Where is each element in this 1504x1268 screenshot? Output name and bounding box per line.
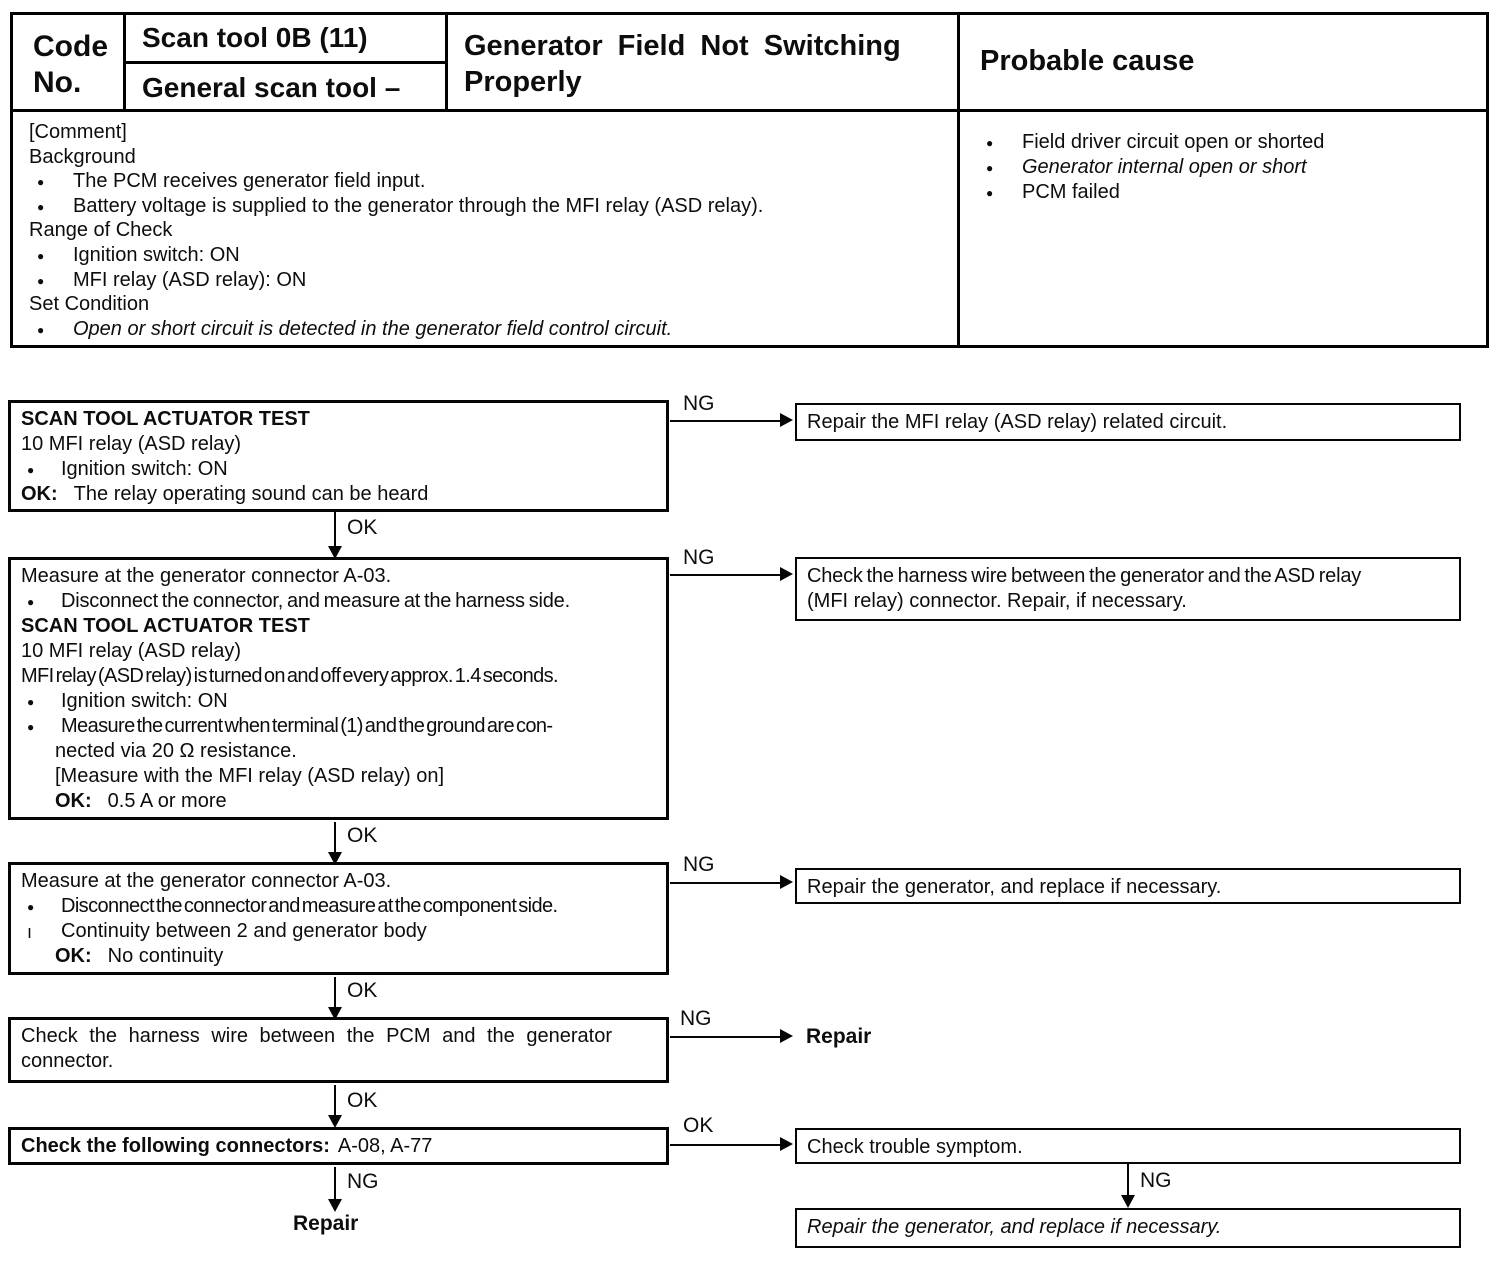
code-no-label-line2: No.: [33, 65, 123, 101]
ok-prefix: OK:: [55, 790, 92, 812]
scan-tool-label: Scan tool 0B (11): [142, 22, 368, 53]
step3-bullet-text: Continuity between 2 and generator body: [61, 919, 427, 944]
general-scan-tool-cell: General scan tool –: [123, 61, 448, 112]
probable-cause-header-cell: Probable cause: [957, 12, 1489, 112]
comment-tag: [Comment]: [29, 120, 947, 145]
arrowhead-right-icon: [780, 1029, 793, 1043]
code-no-cell: Code No.: [10, 12, 126, 112]
arrow-line: [334, 512, 336, 548]
bullet-icon: ●: [21, 690, 61, 715]
step5-label: Check the following connectors:: [21, 1135, 330, 1157]
comment-bullet: ● The PCM receives generator field input…: [29, 169, 947, 194]
cause-text: Field driver circuit open or shorted: [1022, 130, 1324, 155]
step2-ng-action-box: Check the harness wire between the gener…: [795, 557, 1461, 621]
edge-label-ok: OK: [347, 516, 377, 540]
step1-subtitle: 10 MFI relay (ASD relay): [21, 432, 658, 457]
scanned-page: Code No. Scan tool 0B (11) General scan …: [0, 0, 1504, 1268]
cause-item: ● Generator internal open or short: [978, 155, 1478, 180]
step4-line1: Check the harness wire between the PCM a…: [21, 1024, 658, 1049]
dtc-title-cell: Generator Field Not Switching Properly: [445, 12, 960, 112]
comment-bullet-text: MFI relay (ASD relay): ON: [73, 268, 306, 293]
edge-label-ok: OK: [347, 1089, 377, 1113]
check-trouble-symptom-box: Check trouble symptom.: [795, 1128, 1461, 1164]
arrowhead-right-icon: [780, 413, 793, 427]
edge-label-ok: OK: [347, 824, 377, 848]
arrow-line: [1127, 1163, 1129, 1197]
scan-tool-cell: Scan tool 0B (11): [123, 12, 448, 64]
cause-item: ● PCM failed: [978, 180, 1478, 205]
arrow-line: [334, 822, 336, 854]
check-trouble-symptom-text: Check trouble symptom.: [807, 1136, 1023, 1158]
arrow-line: [670, 1036, 782, 1038]
step3-line1: Measure at the generator connector A-03.: [21, 869, 658, 894]
bullet-icon: ●: [21, 895, 61, 920]
step2-line1: Measure at the generator connector A-03.: [21, 564, 658, 589]
bullet-icon: ●: [29, 170, 73, 195]
arrowhead-right-icon: [780, 1137, 793, 1151]
ok-prefix: OK:: [21, 483, 58, 505]
step3-bullet: ● Disconnect the connector and measure a…: [21, 894, 658, 919]
step1-title: SCAN TOOL ACTUATOR TEST: [21, 407, 658, 432]
step1-bullet-text: Ignition switch: ON: [61, 457, 228, 482]
step2-bullet-continuation: nected via 20 Ω resistance.: [55, 739, 658, 764]
comment-bullet: ● Open or short circuit is detected in t…: [29, 317, 947, 342]
step1-ng-action-text: Repair the MFI relay (ASD relay) related…: [807, 411, 1227, 433]
bullet-icon: ●: [21, 458, 61, 483]
edge-label-ok: OK: [683, 1114, 713, 1138]
edge-label-ng: NG: [683, 546, 715, 570]
bullet-icon: ●: [978, 131, 1022, 156]
step2-note: MFI relay (ASD relay) is turned on and o…: [21, 664, 658, 689]
arrow-line: [334, 1167, 336, 1201]
comment-bullet-text: Battery voltage is supplied to the gener…: [73, 194, 763, 219]
bullet-icon: ●: [29, 195, 73, 220]
arrow-line: [670, 574, 782, 576]
comment-bullet-text: Open or short circuit is detected in the…: [73, 317, 672, 342]
bullet-icon: ●: [29, 269, 73, 294]
step2-ok-line: OK:0.5 A or more: [55, 789, 658, 814]
symptom-ng-action-text: Repair the generator, and replace if nec…: [807, 1216, 1221, 1238]
step2-bullet-text: Disconnect the connector, and measure at…: [61, 589, 570, 614]
comment-cell: [Comment] Background ● The PCM receives …: [10, 109, 960, 348]
dtc-title-line1: Generator Field Not Switching: [464, 28, 957, 64]
step2-bullet: ● Measure the current when terminal (1) …: [21, 714, 658, 739]
ok-criteria: 0.5 A or more: [108, 790, 227, 812]
step3-ok-line: OK:No continuity: [55, 944, 658, 969]
flow-step-3-box: Measure at the generator connector A-03.…: [8, 862, 669, 975]
arrow-line: [334, 977, 336, 1009]
dtc-header-table: Code No. Scan tool 0B (11) General scan …: [10, 12, 1492, 348]
edge-label-ng: NG: [347, 1170, 379, 1194]
flow-step-2-box: Measure at the generator connector A-03.…: [8, 557, 669, 820]
step5-ng-repair-text: Repair: [293, 1212, 358, 1236]
step3-bullet-text: Disconnect the connector and measure at …: [61, 894, 558, 919]
arrowhead-down-icon: [328, 1199, 342, 1212]
step1-ok-line: OK:The relay operating sound can be hear…: [21, 482, 658, 507]
background-heading: Background: [29, 145, 947, 170]
bullet-icon: ●: [29, 244, 73, 269]
probable-cause-heading: Probable cause: [980, 45, 1194, 77]
edge-label-ng: NG: [683, 392, 715, 416]
symptom-ng-action-box: Repair the generator, and replace if nec…: [795, 1208, 1461, 1248]
step2-ng-action-line2: (MFI relay) connector. Repair, if necess…: [807, 589, 1451, 614]
step2-bullet-text: Measure the current when terminal (1) an…: [61, 714, 552, 739]
step3-ng-action-text: Repair the generator, and replace if nec…: [807, 876, 1221, 898]
step1-bullet: ● Ignition switch: ON: [21, 457, 658, 482]
comment-bullet: ● MFI relay (ASD relay): ON: [29, 268, 947, 293]
dtc-title-line2: Properly: [464, 64, 957, 100]
bullet-icon: ●: [978, 181, 1022, 206]
code-no-label-line1: Code: [33, 29, 123, 65]
arrow-line: [670, 882, 782, 884]
cause-item: ● Field driver circuit open or shorted: [978, 130, 1478, 155]
ok-criteria: The relay operating sound can be heard: [74, 483, 429, 505]
step2-bullet-text: Ignition switch: ON: [61, 689, 228, 714]
comment-bullet-text: Ignition switch: ON: [73, 243, 240, 268]
range-heading: Range of Check: [29, 218, 947, 243]
flow-step-1-box: SCAN TOOL ACTUATOR TEST 10 MFI relay (AS…: [8, 400, 669, 512]
bullet-icon: ●: [21, 715, 61, 740]
bullet-icon: ●: [21, 590, 61, 615]
edge-label-ng: NG: [683, 853, 715, 877]
bullet-icon: ●: [978, 156, 1022, 181]
step2-bullet: ● Disconnect the connector, and measure …: [21, 589, 658, 614]
arrowhead-down-icon: [1121, 1195, 1135, 1208]
step1-ng-action-box: Repair the MFI relay (ASD relay) related…: [795, 403, 1461, 441]
edge-label-ng: NG: [680, 1007, 712, 1031]
edge-label-ok: OK: [347, 979, 377, 1003]
degraded-bullet-icon: ı: [21, 920, 61, 945]
flow-step-4-box: Check the harness wire between the PCM a…: [8, 1017, 669, 1083]
comment-bullet-text: The PCM receives generator field input.: [73, 169, 425, 194]
arrow-line: [670, 1144, 782, 1146]
flow-step-5-box: Check the following connectors:A-08, A-7…: [8, 1127, 669, 1165]
step5-connector-values: A-08, A-77: [338, 1135, 433, 1157]
ok-prefix: OK:: [55, 945, 92, 967]
step2-bullet: ● Ignition switch: ON: [21, 689, 658, 714]
step4-line2: connector.: [21, 1049, 658, 1074]
ok-criteria: No continuity: [108, 945, 224, 967]
probable-causes-cell: ● Field driver circuit open or shorted ●…: [957, 109, 1489, 348]
step2-title: SCAN TOOL ACTUATOR TEST: [21, 614, 658, 639]
step2-subtitle: 10 MFI relay (ASD relay): [21, 639, 658, 664]
edge-label-ng: NG: [1140, 1169, 1172, 1193]
comment-bullet: ● Ignition switch: ON: [29, 243, 947, 268]
cause-text: Generator internal open or short: [1022, 155, 1307, 180]
bullet-icon: ●: [29, 318, 73, 343]
step2-ng-action-line1: Check the harness wire between the gener…: [807, 564, 1451, 589]
step2-bracket-note: [Measure with the MFI relay (ASD relay) …: [55, 764, 658, 789]
cause-text: PCM failed: [1022, 180, 1120, 205]
step4-ng-repair-text: Repair: [806, 1025, 871, 1049]
arrowhead-right-icon: [780, 875, 793, 889]
step3-bullet: ı Continuity between 2 and generator bod…: [21, 919, 658, 944]
arrow-line: [670, 420, 782, 422]
set-condition-heading: Set Condition: [29, 292, 947, 317]
general-scan-tool-label: General scan tool –: [142, 72, 400, 103]
step3-ng-action-box: Repair the generator, and replace if nec…: [795, 868, 1461, 904]
comment-bullet: ● Battery voltage is supplied to the gen…: [29, 194, 947, 219]
arrow-line: [334, 1085, 336, 1117]
arrowhead-right-icon: [780, 567, 793, 581]
